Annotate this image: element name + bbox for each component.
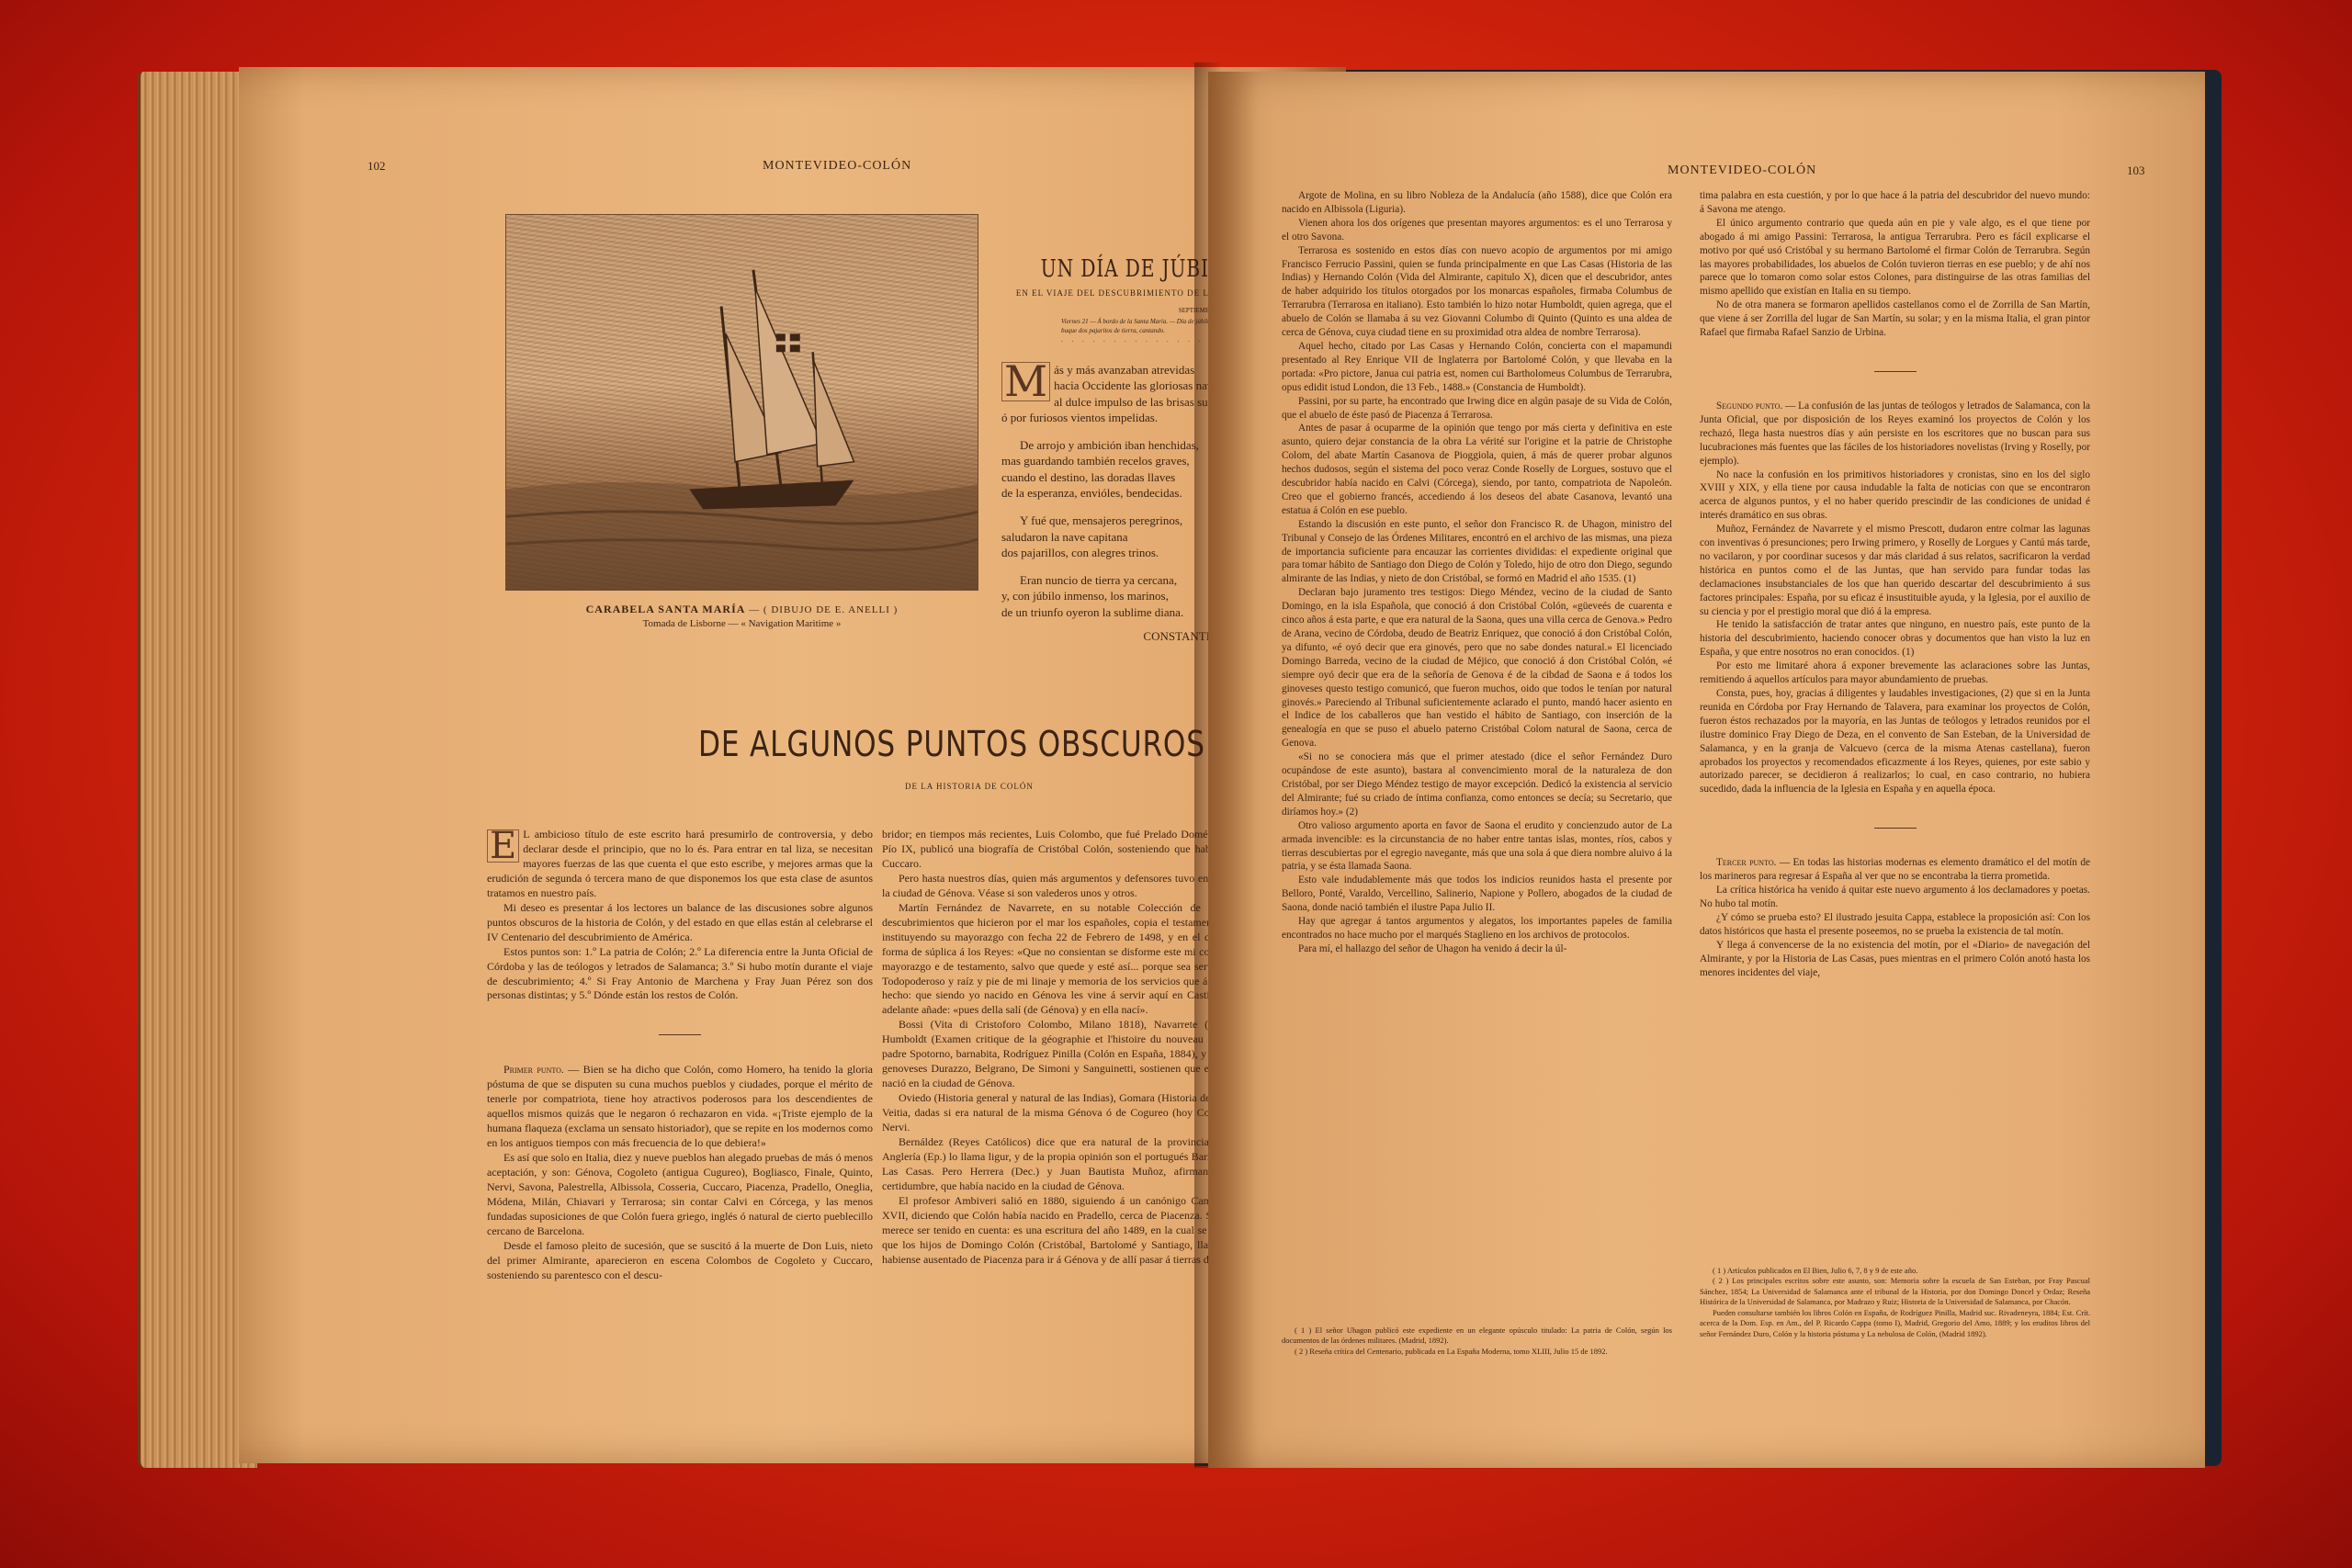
paragraph: L ambicioso título de este escrito hará … — [487, 828, 873, 899]
illustration-caption: CARABELA SANTA MARÍA — ( DIBUJO DE E. AN… — [505, 603, 978, 616]
paragraph: Aquel hecho, citado por Las Casas y Hern… — [1282, 340, 1672, 395]
paragraph: ¿Y cómo se prueba esto? El ilustrado jes… — [1700, 911, 2090, 939]
page-number: 102 — [367, 159, 386, 174]
right-page: MONTEVIDEO-COLÓN 103 Argote de Molina, e… — [1208, 72, 2205, 1468]
left-page: 102 MONTEVIDEO-COLÓN CARABELA SANTA MARÍ… — [239, 67, 1346, 1463]
paragraph: Por esto me limitaré ahora á exponer bre… — [1700, 660, 2090, 687]
paragraph: Argote de Molina, en su libro Nobleza de… — [1282, 189, 1672, 217]
paragraph: Esto vale indudablemente más que todos l… — [1282, 874, 1672, 915]
article-title: DE ALGUNOS PUNTOS OBSCUROS — [698, 724, 1205, 764]
footnote: ( 1 ) El señor Uhagon publicó este exped… — [1282, 1325, 1672, 1347]
paragraph: Hay que agregar á tantos argumentos y al… — [1282, 915, 1672, 942]
paragraph: Para mí, el hallazgo del señor de Uhagon… — [1282, 942, 1672, 956]
paragraph: Antes de pasar á ocuparme de la opinión … — [1282, 422, 1672, 517]
paragraph: tima palabra en esta cuestión, y por lo … — [1700, 189, 2090, 217]
ship-illustration — [505, 214, 978, 591]
dropcap-ornament: M — [1001, 362, 1050, 401]
paragraph: La crítica histórica ha venido á quitar … — [1700, 884, 2090, 911]
paragraph: No nace la confusión en los primitivos h… — [1700, 468, 2090, 524]
footnote: ( 2 ) Reseña crítica del Centenario, pub… — [1282, 1347, 1672, 1357]
paragraph: — Bien se ha dicho que Colón, como Homer… — [487, 1063, 873, 1149]
paragraph: No de otra manera se formaron apellidos … — [1700, 299, 2090, 340]
paragraph: Vienen ahora los dos orígenes que presen… — [1282, 217, 1672, 244]
section-label: Primer punto. — [503, 1063, 564, 1076]
section-label: Segundo punto. — [1716, 400, 1782, 412]
paragraph: Declaran bajo juramento tres testigos: D… — [1282, 586, 1672, 750]
paragraph: Estos puntos son: 1.º La patria de Colón… — [487, 945, 873, 1004]
section-divider — [659, 1034, 701, 1035]
paragraph: Y llega á convencerse de la no existenci… — [1700, 939, 2090, 980]
article-column-1: EL ambicioso título de este escrito hará… — [487, 828, 873, 1283]
article-subtitle: DE LA HISTORIA DE COLÓN — [905, 782, 1034, 791]
illustration-source: Tomada de Lisborne — « Navigation Mariti… — [505, 618, 978, 629]
section-label: Tercer punto. — [1716, 857, 1776, 868]
footnotes-left-column: ( 1 ) El señor Uhagon publicó este exped… — [1282, 1325, 1672, 1357]
paragraph: El único argumento contrario que queda a… — [1700, 217, 2090, 299]
page-number: 103 — [2127, 164, 2145, 178]
running-head: MONTEVIDEO-COLÓN — [763, 159, 911, 174]
paragraph: Terrarosa es sostenido en estos días con… — [1282, 244, 1672, 340]
right-column-1: Argote de Molina, en su libro Nobleza de… — [1282, 189, 1672, 956]
paragraph: He tenido la satisfacción de tratar ante… — [1700, 618, 2090, 660]
paragraph: Es así que solo en Italia, diez y nueve … — [487, 1151, 873, 1239]
open-book: 102 MONTEVIDEO-COLÓN CARABELA SANTA MARÍ… — [138, 62, 2223, 1482]
footnote: Pueden consultarse también los libros Co… — [1700, 1308, 2090, 1339]
paragraph: «Si no se conociera más que el primer at… — [1282, 750, 1672, 819]
paragraph: Passini, por su parte, ha encontrado que… — [1282, 395, 1672, 423]
footnote: ( 1 ) Artículos publicados en El Bien, J… — [1700, 1266, 2090, 1276]
section-divider — [1874, 828, 1917, 829]
paragraph: Muñoz, Fernández de Navarrete y el mismo… — [1700, 523, 2090, 618]
caption-credit: — ( DIBUJO DE E. ANELLI ) — [745, 604, 898, 615]
paragraph: Estando la discusión en este punto, el s… — [1282, 518, 1672, 587]
caption-title: CARABELA SANTA MARÍA — [586, 603, 746, 615]
right-column-2: tima palabra en esta cuestión, y por lo … — [1700, 189, 2090, 979]
running-head: MONTEVIDEO-COLÓN — [1668, 164, 1816, 178]
paragraph: Otro valioso argumento aporta en favor d… — [1282, 819, 1672, 874]
ship-icon — [506, 215, 978, 590]
paragraph: Consta, pues, hoy, gracias á diligentes … — [1700, 687, 2090, 796]
dropcap-ornament: E — [487, 829, 519, 863]
footnotes-right-column: ( 1 ) Artículos publicados en El Bien, J… — [1700, 1266, 2090, 1339]
paragraph: Mi deseo es presentar á los lectores un … — [487, 901, 873, 945]
paragraph: Desde el famoso pleito de sucesión, que … — [487, 1239, 873, 1283]
section-divider — [1874, 371, 1917, 372]
footnote: ( 2 ) Los principales escritos sobre est… — [1700, 1276, 2090, 1307]
